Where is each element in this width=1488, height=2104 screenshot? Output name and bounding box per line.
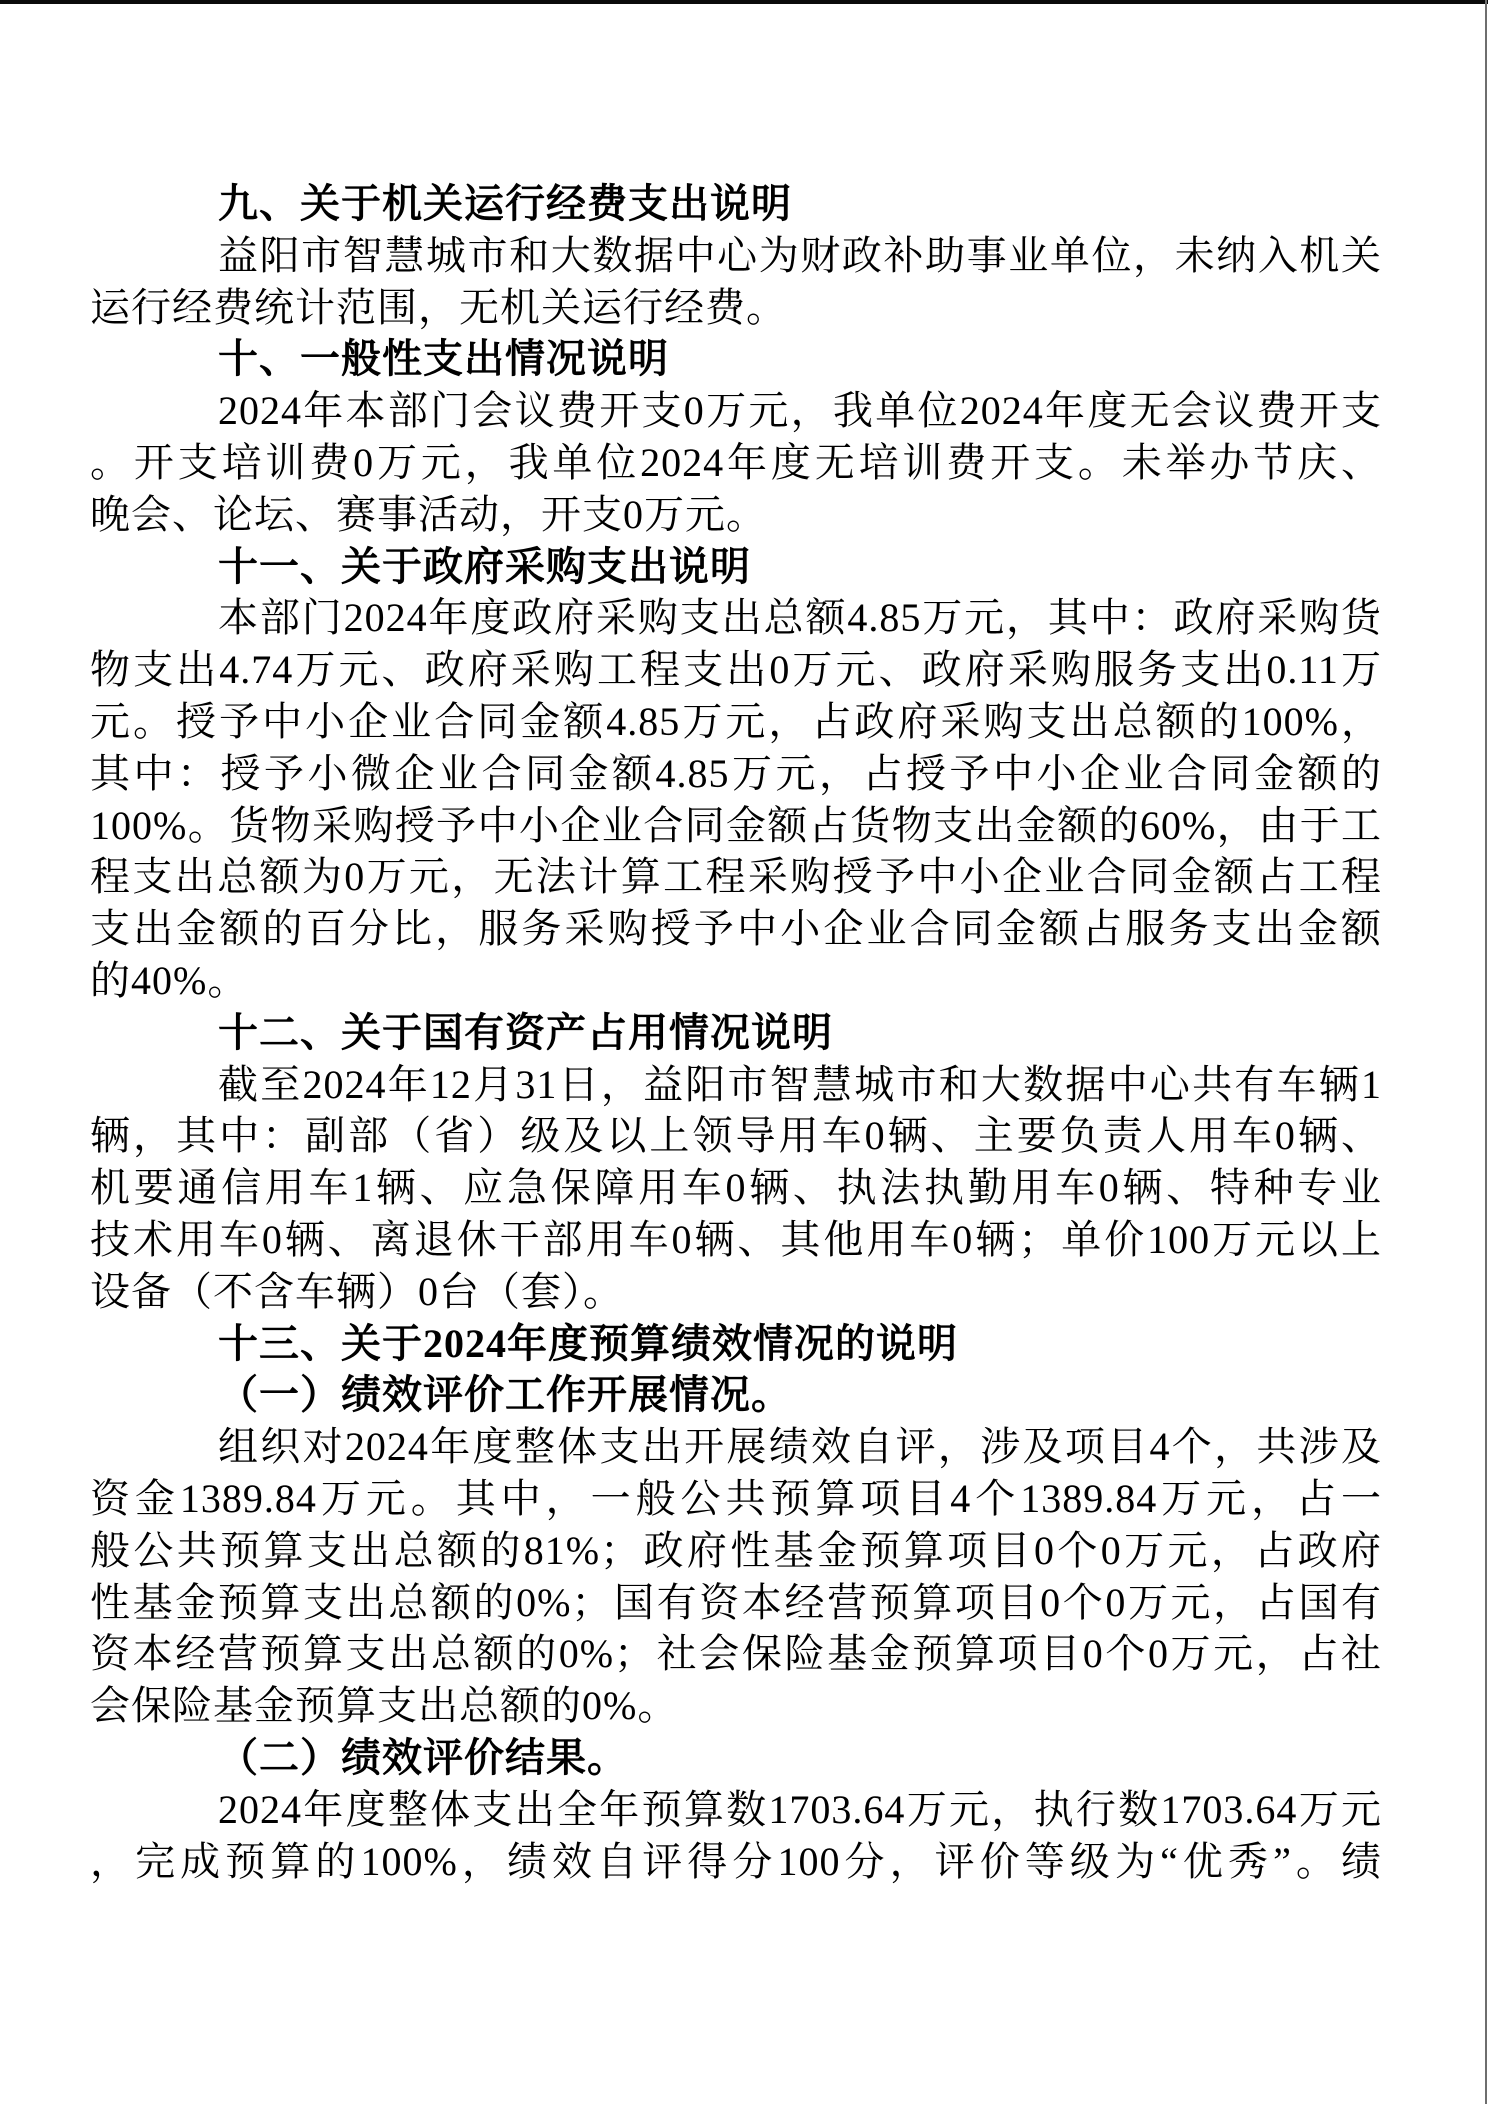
top-edge-bar — [0, 0, 1488, 4]
body-line: 运行经费统计范围，无机关运行经费。 — [90, 282, 1382, 334]
body-line: 晚会、论坛、赛事活动，开支0万元。 — [90, 489, 1382, 541]
heading-section-13: 十三、关于2024年度预算绩效情况的说明 — [90, 1318, 1382, 1370]
body-line: 辆，其中：副部（省）级及以上领导用车0辆、主要负责人用车0辆、 — [90, 1110, 1382, 1162]
heading-section-12: 十二、关于国有资产占用情况说明 — [90, 1007, 1382, 1059]
heading-section-11: 十一、关于政府采购支出说明 — [90, 541, 1382, 593]
body-line: 性基金预算支出总额的0%；国有资本经营预算项目0个0万元，占国有 — [90, 1577, 1382, 1629]
right-edge-line — [1485, 0, 1487, 2104]
body-line: 资本经营预算支出总额的0%；社会保险基金预算项目0个0万元，占社 — [90, 1628, 1382, 1680]
body-line: 资金1389.84万元。其中，一般公共预算项目4个1389.84万元，占一 — [90, 1473, 1382, 1525]
body-line: 支出金额的百分比，服务采购授予中小企业合同金额占服务支出金额 — [90, 903, 1382, 955]
body-line: 100%。货物采购授予中小企业合同金额占货物支出金额的60%，由于工 — [90, 800, 1382, 852]
body-line: 会保险基金预算支出总额的0%。 — [90, 1680, 1382, 1732]
body-line: 程支出总额为0万元，无法计算工程采购授予中小企业合同金额占工程 — [90, 851, 1382, 903]
body-line: 的40%。 — [90, 955, 1382, 1007]
subheading-13-2: （二）绩效评价结果。 — [90, 1732, 1382, 1784]
body-line: 2024年度整体支出全年预算数1703.64万元，执行数1703.64万元 — [90, 1784, 1382, 1836]
document-content: 九、关于机关运行经费支出说明 益阳市智慧城市和大数据中心为财政补助事业单位，未纳… — [90, 178, 1382, 1887]
body-line: 般公共预算支出总额的81%；政府性基金预算项目0个0万元，占政府 — [90, 1525, 1382, 1577]
body-line: 组织对2024年度整体支出开展绩效自评，涉及项目4个，共涉及 — [90, 1421, 1382, 1473]
body-line: 物支出4.74万元、政府采购工程支出0万元、政府采购服务支出0.11万 — [90, 644, 1382, 696]
body-line: 设备（不含车辆）0台（套）。 — [90, 1266, 1382, 1318]
body-line: 2024年本部门会议费开支0万元，我单位2024年度无会议费开支 — [90, 385, 1382, 437]
body-line: 益阳市智慧城市和大数据中心为财政补助事业单位，未纳入机关 — [90, 230, 1382, 282]
body-line: 。开支培训费0万元，我单位2024年度无培训费开支。未举办节庆、 — [90, 437, 1382, 489]
heading-section-10: 十、一般性支出情况说明 — [90, 333, 1382, 385]
subheading-13-1: （一）绩效评价工作开展情况。 — [90, 1369, 1382, 1421]
heading-section-9: 九、关于机关运行经费支出说明 — [90, 178, 1382, 230]
body-line: 其中：授予小微企业合同金额4.85万元，占授予中小企业合同金额的 — [90, 748, 1382, 800]
body-line: 元。授予中小企业合同金额4.85万元，占政府采购支出总额的100%， — [90, 696, 1382, 748]
document-page: { "page": { "background": "#ffffff", "to… — [0, 0, 1488, 2104]
body-line: 本部门2024年度政府采购支出总额4.85万元，其中：政府采购货 — [90, 592, 1382, 644]
body-line: 机要通信用车1辆、应急保障用车0辆、执法执勤用车0辆、特种专业 — [90, 1162, 1382, 1214]
body-line: 技术用车0辆、离退休干部用车0辆、其他用车0辆；单价100万元以上 — [90, 1214, 1382, 1266]
body-line: ，完成预算的100%，绩效自评得分100分，评价等级为“优秀”。绩 — [90, 1836, 1382, 1888]
body-line: 截至2024年12月31日，益阳市智慧城市和大数据中心共有车辆1 — [90, 1059, 1382, 1111]
